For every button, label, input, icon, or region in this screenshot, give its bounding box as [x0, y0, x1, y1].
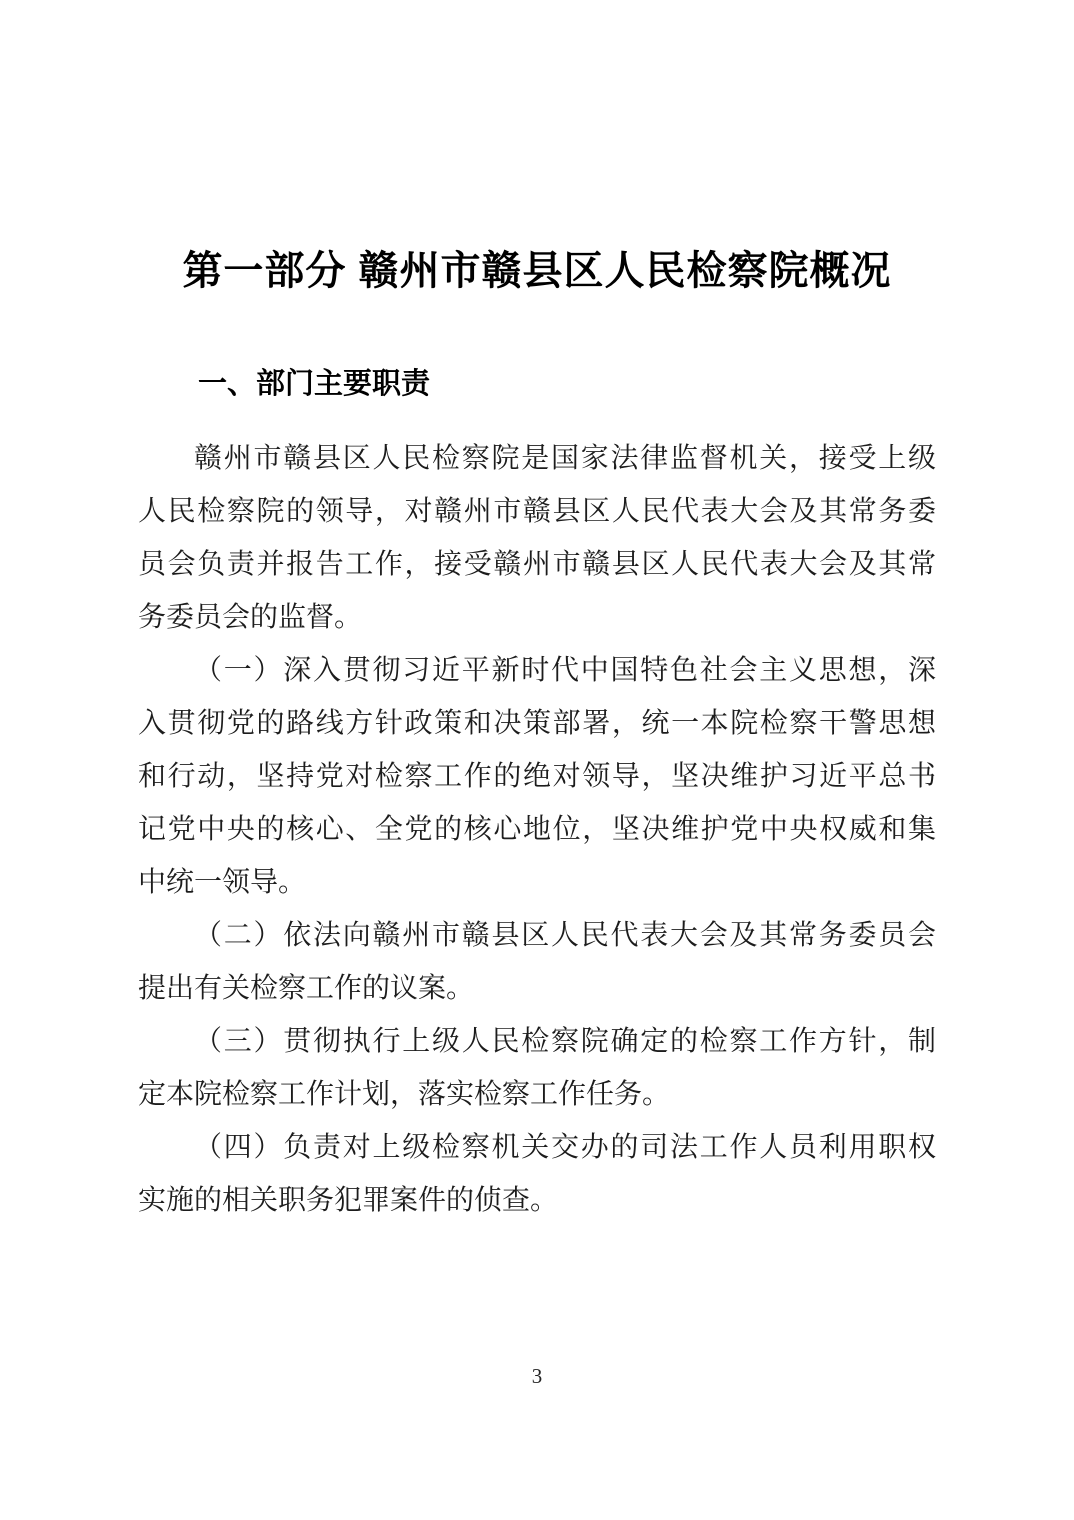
- text-line: 和行动，坚持党对检察工作的绝对领导，坚决维护习近平总书: [138, 750, 936, 803]
- text-line: （三）贯彻执行上级人民检察院确定的检察工作方针，制: [138, 1015, 936, 1068]
- paragraph: （一）深入贯彻习近平新时代中国特色社会主义思想，深入贯彻党的路线方针政策和决策部…: [138, 644, 936, 909]
- text-line: 入贯彻党的路线方针政策和决策部署，统一本院检察干警思想: [138, 697, 936, 750]
- text-line: 中统一领导。: [138, 856, 936, 909]
- document-title: 第一部分 赣州市赣县区人民检察院概况: [0, 0, 1074, 294]
- text-line: 务委员会的监督。: [138, 591, 936, 644]
- text-line: 提出有关检察工作的议案。: [138, 962, 936, 1015]
- text-line: （四）负责对上级检察机关交办的司法工作人员利用职权: [138, 1121, 936, 1174]
- text-line: 员会负责并报告工作，接受赣州市赣县区人民代表大会及其常: [138, 538, 936, 591]
- text-line: 记党中央的核心、全党的核心地位，坚决维护党中央权威和集: [138, 803, 936, 856]
- document-page: 第一部分 赣州市赣县区人民检察院概况 一、部门主要职责 赣州市赣县区人民检察院是…: [0, 0, 1074, 1520]
- paragraph: （二）依法向赣州市赣县区人民代表大会及其常务委员会提出有关检察工作的议案。: [138, 909, 936, 1015]
- text-line: 人民检察院的领导，对赣州市赣县区人民代表大会及其常务委: [138, 485, 936, 538]
- text-line: （一）深入贯彻习近平新时代中国特色社会主义思想，深: [138, 644, 936, 697]
- text-line: 定本院检察工作计划，落实检察工作任务。: [138, 1068, 936, 1121]
- page-number: 3: [0, 1364, 1074, 1389]
- text-line: （二）依法向赣州市赣县区人民代表大会及其常务委员会: [138, 909, 936, 962]
- paragraph: 赣州市赣县区人民检察院是国家法律监督机关，接受上级人民检察院的领导，对赣州市赣县…: [138, 432, 936, 644]
- text-line: 实施的相关职务犯罪案件的侦查。: [138, 1174, 936, 1227]
- paragraph: （三）贯彻执行上级人民检察院确定的检察工作方针，制定本院检察工作计划，落实检察工…: [138, 1015, 936, 1121]
- section-heading: 一、部门主要职责: [198, 368, 1074, 400]
- text-line: 赣州市赣县区人民检察院是国家法律监督机关，接受上级: [138, 432, 936, 485]
- paragraph: （四）负责对上级检察机关交办的司法工作人员利用职权实施的相关职务犯罪案件的侦查。: [138, 1121, 936, 1227]
- body-paragraphs: 赣州市赣县区人民检察院是国家法律监督机关，接受上级人民检察院的领导，对赣州市赣县…: [138, 432, 936, 1227]
